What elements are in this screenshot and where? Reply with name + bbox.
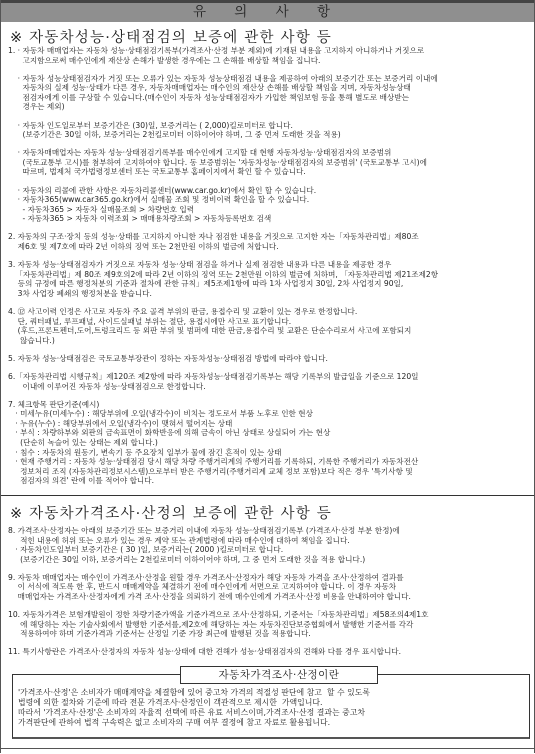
section-heading-inspection-warranty: ※ 자동차성능·상태점검의 보증에 관한 사항 등 <box>1 22 534 46</box>
notice-document: 유 의 사 항 ※ 자동차성능·상태점검의 보증에 관한 사항 등 1. · 자… <box>0 0 535 753</box>
bottom-divider <box>1 748 534 749</box>
notice-item: 3. 자동차 성능·상태점검자가 거짓으로 자동차 성능·상태 점검을 하거나 … <box>8 260 528 298</box>
notice-item: · 자동차 성능상태점검자가 거짓 또는 오류가 있는 자동차 성능상태점검 내… <box>8 74 528 112</box>
notice-item: 8. 가격조사·산정자는 아래의 보증기간 또는 보증거리 이내에 자동차 성능… <box>8 526 528 564</box>
price-definition-area: 자동차가격조사·산정이란 '가격조사·산정'은 소비자가 매매계약을 체결함에 … <box>8 666 528 749</box>
notice-item: 5. 자동차 성능·상태점검은 국토교통부장관이 정하는 자동차성능·상태점검 … <box>8 354 528 364</box>
notice-item: 6.「자동차관리법 시행규칙」제120조 제2항에 따라 자동차성능·상태점검기… <box>8 372 528 391</box>
notice-item: 10. 자동차가격은 보험개발원이 정한 차량기준가액을 기준가격으로 조사·산… <box>8 610 528 639</box>
price-definition-title: 자동차가격조사·산정이란 <box>180 666 378 684</box>
notice-item: · 자동차매매업자는 자동차 성능·상태점검기록부를 매수인에게 고지할 대 현… <box>8 148 528 177</box>
section-price-warranty: 8. 가격조사·산정자는 아래의 보증기간 또는 보증거리 이내에 자동차 성능… <box>1 522 534 749</box>
notice-item-recall-links: · 자동차의 리콜에 관한 사항은 자동차리콜센터(www.car.go.kr)… <box>8 186 528 224</box>
notice-item: · 자동차 인도일로부터 보증기간은 (30)일, 보증거리는 ( 2,000)… <box>8 121 528 140</box>
notice-item: 2. 자동차의 구조·장치 등의 성능·상태를 고지하지 아니한 자나 점검한 … <box>8 232 528 251</box>
notice-item: 1. · 자동차 매매업자는 자동차 성능·상태점검기록부(가격조사·산정 부분… <box>8 46 528 65</box>
section-heading-price-warranty: ※ 자동차가격조사·산정의 보증에 관한 사항 등 <box>1 496 534 522</box>
notice-item-check-criteria: 7. 체크항목 판단기준(예시) · 미세누유(미세누수) : 해당부위에 오일… <box>8 400 528 486</box>
notice-item: 9. 자동차 매매업자는 매수인이 가격조사·산정을 원할 경우 가격조사·산정… <box>8 573 528 602</box>
notice-item: 11. 특기사항란은 가격조사·산정자의 자동차 성능·상태에 대한 견해가 성… <box>8 647 528 657</box>
document-title: 유 의 사 항 <box>1 0 534 22</box>
notice-item: 4. ⑫ 사고이력 인정은 사고로 자동차 주요 골격 부위의 판금, 용접수리… <box>8 307 528 345</box>
section-inspection-warranty: 1. · 자동차 매매업자는 자동차 성능·상태점검기록부(가격조사·산정 부분… <box>1 46 534 496</box>
